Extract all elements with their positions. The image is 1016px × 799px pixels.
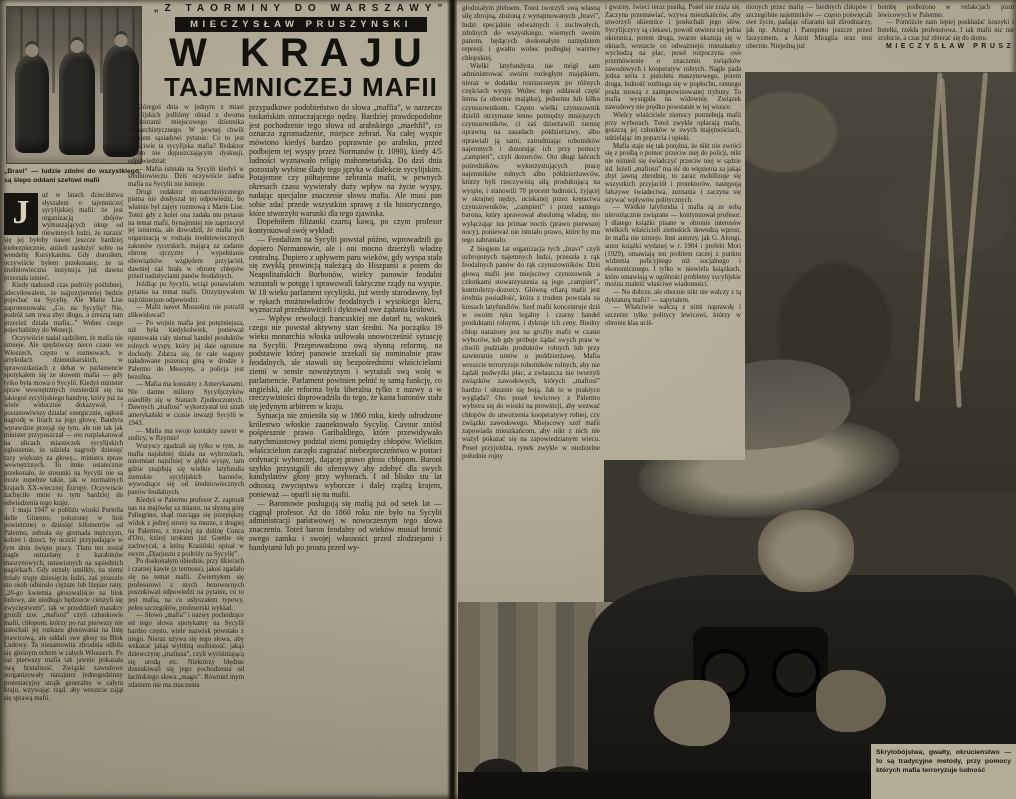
paragraph: Po doskonałym obiedzie, przy likierach i… — [128, 558, 244, 612]
page-title-line-1: W KRAJU — [146, 32, 456, 74]
paragraph: — Pomóżcie nam lepiej poskładać koszyki … — [878, 19, 1014, 42]
paragraph: — Po wojnie mafia jest potężniejsza, niż… — [128, 320, 244, 382]
paragraph: — Mafii nawet Mussolini nie potrafił zli… — [128, 304, 244, 319]
paragraph: Dopełniłem filiżanki czarną kawą, po czy… — [249, 218, 442, 236]
paragraph: — Mafia ma swoje kontakty nawet w stolic… — [128, 428, 244, 443]
paragraph: Mafia staje się tak potężna, że nikt nie… — [605, 143, 741, 205]
figure-head-shape — [115, 34, 128, 47]
paragraph: przypadkowe podobieństwo do słowa „maffi… — [249, 104, 442, 218]
article-column-7: bombę podłożono w redakcjach pism lewico… — [878, 4, 1014, 70]
paragraph: Oczywiście nadal sądziłem, że mafia nie … — [4, 335, 123, 508]
byline-bar: MIECZYSŁAW PRUSZYNSKI — [175, 17, 427, 32]
paragraph: — Feodalizm na Sycylii powstał późno, wp… — [249, 236, 442, 315]
bravi-photo — [6, 6, 142, 164]
figure-head-shape — [71, 40, 84, 53]
paragraph: Któregoś dnia w jednym z miast sycylijsk… — [128, 104, 244, 166]
article-header: „Z TAORMINY DO WARSZAWY” MIECZYSŁAW PRUS… — [146, 3, 456, 100]
paragraph: bombę podłożono w redakcjach pism lewico… — [878, 4, 1014, 19]
paragraph: głodniałym plebsem. Toteż tworzyli swą w… — [462, 4, 600, 62]
author-signature: MIECZYSŁAW PRUSZYŃSKI — [878, 43, 1014, 51]
paragraph: — Mafia ma kontakty z Amerykanami. Nie d… — [128, 381, 244, 427]
paragraph: — Mafia istniała na Sycylii kiedyś w śre… — [128, 166, 244, 189]
paragraph: Sytuacja nie zmieniła się w 1860 roku, k… — [249, 412, 442, 500]
paragraph: Wielcy właściciele ziemscy potrzebują ma… — [605, 112, 741, 143]
paragraph: Wszyscy zgadzali się tylko w tym, że maf… — [128, 443, 244, 497]
paragraph: Wielki latyfundysta nie mógł sam adminis… — [462, 62, 600, 245]
page-gutter-divider — [447, 0, 457, 799]
article-column-4: głodniałym plebsem. Toteż tworzyli swą w… — [462, 4, 600, 601]
paragraph: nionych przez mafię — biednych chłopów i… — [746, 4, 872, 50]
cloaked-man-figure — [59, 51, 95, 155]
paragraph: — Wielkie latyfundia i mafia są ze sobą … — [605, 204, 741, 289]
hand-shape — [654, 680, 730, 746]
article-column-2: Któregoś dnia w jednym z miast sycylijsk… — [128, 104, 244, 798]
mafioso-face-shape — [758, 510, 854, 592]
kicker: „Z TAORMINY DO WARSZAWY” — [146, 3, 456, 14]
paragraph: — No dobrze, ale obecnie nikt nie walczy… — [605, 289, 741, 304]
paragraph: i gwarny, świeci teraz pustką. Poseł nie… — [605, 4, 741, 112]
article-column-3: przypadkowe podobieństwo do słowa „maffi… — [249, 104, 442, 798]
cloaked-man-figure — [15, 55, 49, 153]
paragraph: Już w latach dzieciństwa słyszałem o taj… — [4, 192, 123, 282]
article-column-6: nionych przez mafię — biednych chłopów i… — [746, 4, 872, 70]
paragraph: 1 maja 1947 w pobliżu wioski Portella de… — [4, 507, 123, 702]
left-photo-caption: „Bravi” — ludzie zdolni do wszystkiego, … — [4, 167, 141, 185]
figure-head-shape — [26, 44, 39, 57]
article-column-1: Już w latach dzieciństwa słyszałem o taj… — [4, 192, 123, 798]
paragraph: Drugi redaktor monarchistycznego pisma n… — [128, 189, 244, 281]
paragraph: — Baronowie posługują się mafią już od s… — [249, 500, 442, 553]
drop-cap: J — [4, 193, 38, 235]
paragraph: — Słowo „mafia” i nazwy pochodzące od te… — [128, 612, 244, 689]
paragraph: Jeżdżąc po Sycylii, wciąż ponawiałem pyt… — [128, 281, 244, 304]
right-photo-caption: Skrytobójstwa, gwałty, okrucieństwo — to… — [871, 744, 1016, 799]
paragraph: Z biegiem lat organizacja tych „bravi” c… — [462, 245, 600, 461]
paragraph: Kiedy nadszedł czas podróży poślubnej, z… — [4, 282, 123, 335]
photo-bottom-strip — [458, 772, 876, 799]
paragraph: — Właściwie walczą z nimi naprawdę i szc… — [605, 304, 741, 327]
hand-shape — [816, 670, 886, 732]
article-column-5: i gwarny, świeci teraz pustką. Poseł nie… — [605, 4, 741, 459]
paragraph: — Wpływ rewolucji francuskiej nie dotarł… — [249, 315, 442, 412]
magazine-spread: „Bravi” — ludzie zdolni do wszystkiego, … — [0, 0, 1016, 799]
page-title-line-2: TAJEMNICZEJ MAFII — [146, 74, 456, 100]
paragraph: Kiedyś w Palermo profesor Z. zaprosił na… — [128, 497, 244, 559]
